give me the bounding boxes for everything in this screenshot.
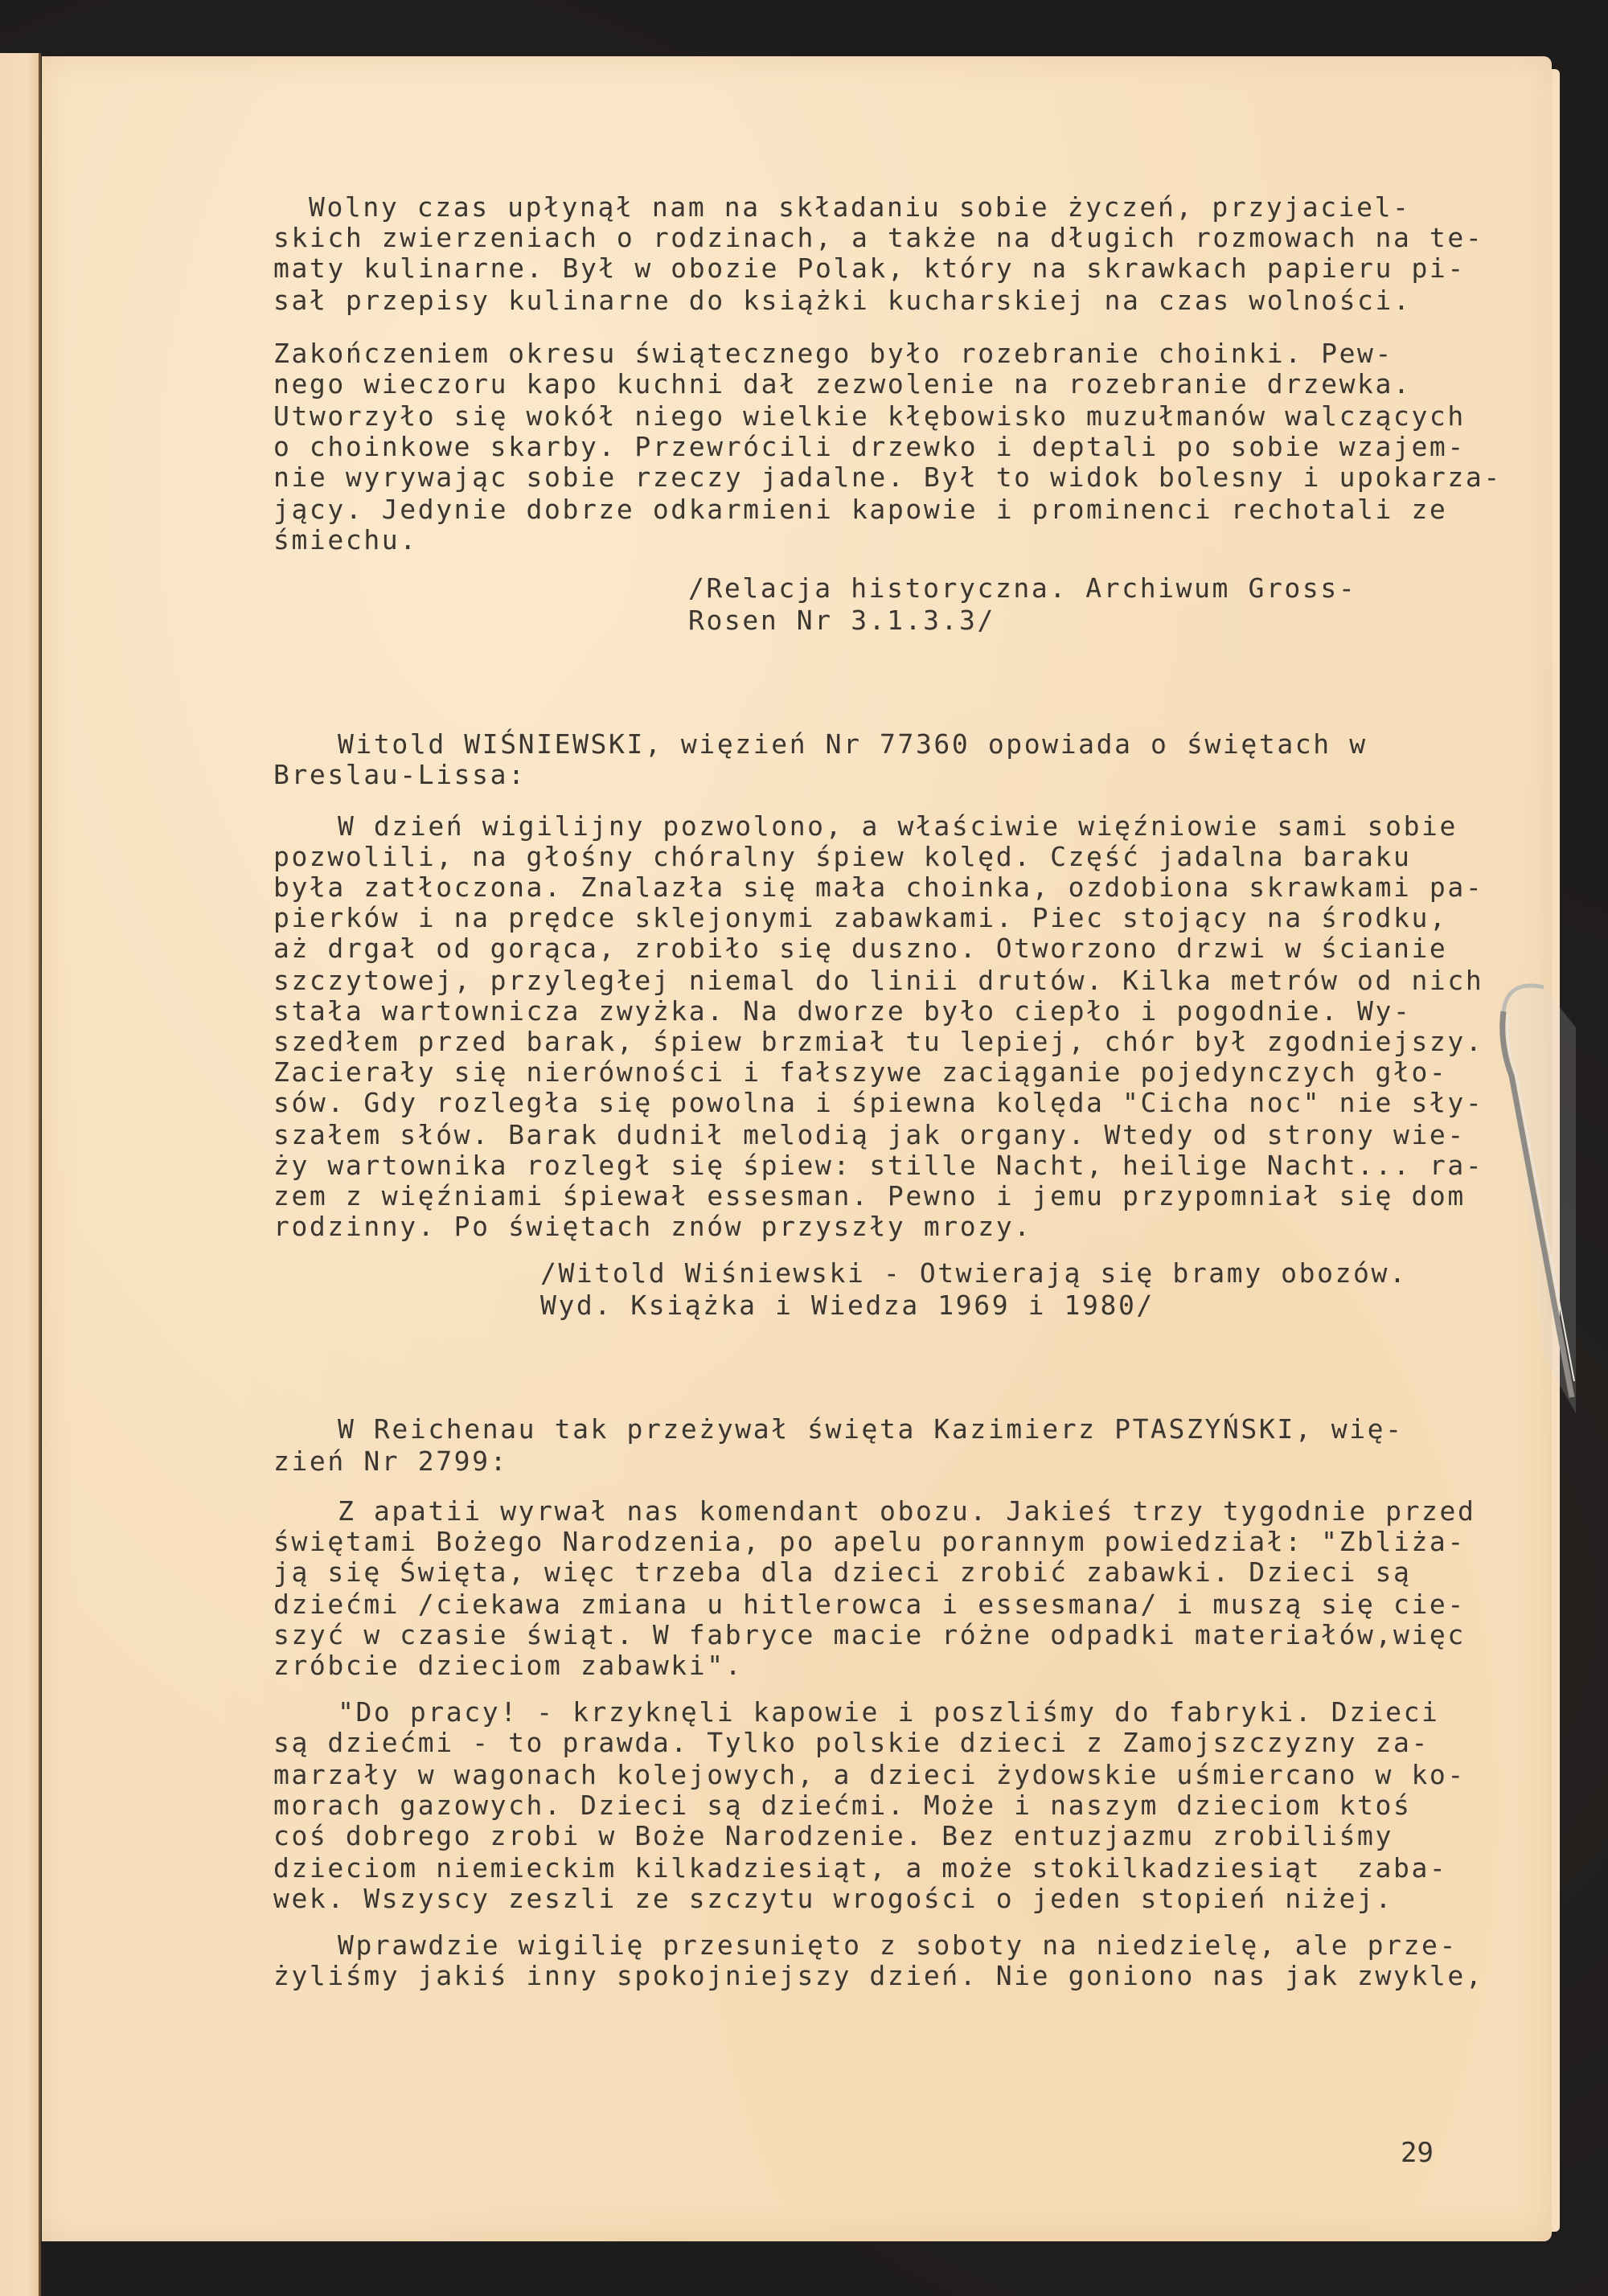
paragraph-line: Zacierały się nierówności i fałszywe zac…: [273, 1056, 1447, 1089]
paragraph-line: wek. Wszyscy zeszli ze szczytu wrogości …: [273, 1883, 1393, 1915]
paragraph-line: Zakończeniem okresu świątecznego było ro…: [273, 338, 1393, 370]
paragraph-line: zem z więźniami śpiewał essesman. Pewno …: [273, 1180, 1466, 1212]
intro-line: Breslau-Lissa:: [273, 759, 527, 791]
paragraph-line: świętami Bożego Narodzenia, po apelu por…: [273, 1526, 1466, 1558]
intro-line: W Reichenau tak przeżywał święta Kazimie…: [338, 1413, 1404, 1445]
document-page: Wolny czas upłynął nam na składaniu sobi…: [42, 56, 1552, 2241]
citation-line: /Relacja historyczna. Archiwum Gross-: [688, 572, 1356, 605]
paragraph-line: pozwolili, na głośny chóralny śpiew kolę…: [273, 841, 1411, 873]
citation-line: /Witold Wiśniewski - Otwierają się bramy…: [540, 1257, 1407, 1289]
page-number: 29: [1401, 2137, 1434, 2169]
paragraph-line: Wolny czas upłynął nam na składaniu sobi…: [309, 191, 1411, 223]
paragraph-line: o choinkowe skarby. Przewrócili drzewko …: [273, 431, 1466, 463]
adjacent-page-edge: [0, 53, 41, 2296]
paragraph-line: ją się Święta, więc trzeba dla dzieci zr…: [273, 1556, 1411, 1589]
paragraph-line: dziećmi /ciekawa zmiana u hitlerowca i e…: [273, 1589, 1466, 1621]
intro-line: Witold WIŚNIEWSKI, więzień Nr 77360 opow…: [338, 728, 1368, 761]
paragraph-line: "Do pracy! - krzyknęli kapowie i poszliś…: [338, 1696, 1440, 1728]
binder-clip-icon: [1487, 979, 1576, 1413]
paragraph-line: sów. Gdy rozległa się powolna i śpiewna …: [273, 1087, 1483, 1119]
intro-line: zień Nr 2799:: [273, 1445, 508, 1478]
paragraph-line: dzieciom niemieckim kilkadziesiąt, a moż…: [273, 1852, 1447, 1884]
paragraph-line: ży wartownika rozległ się śpiew: stille …: [273, 1150, 1483, 1182]
paragraph-line: maty kulinarne. Był w obozie Polak, któr…: [273, 252, 1466, 285]
paragraph-line: szczytowej, przyległej niemal do linii d…: [273, 965, 1483, 997]
paragraph-line: stała wartownicza zwyżka. Na dworze było…: [273, 995, 1411, 1027]
paragraph-line: marzały w wagonach kolejowych, a dzieci …: [273, 1759, 1466, 1791]
paragraph-line: zróbcie dzieciom zabawki".: [273, 1650, 743, 1682]
paragraph-line: Wprawdzie wigilię przesunięto z soboty n…: [338, 1929, 1458, 1962]
paragraph-line: sał przepisy kulinarne do książki kuchar…: [273, 285, 1411, 317]
paragraph-line: coś dobrego zrobi w Boże Narodzenie. Bez…: [273, 1820, 1393, 1852]
paragraph-line: skich zwierzeniach o rodzinach, a także …: [273, 222, 1483, 254]
paragraph-line: żyliśmy jakiś inny spokojniejszy dzień. …: [273, 1960, 1483, 1992]
paragraph-line: jący. Jedynie dobrze odkarmieni kapowie …: [273, 494, 1447, 526]
paragraph-line: W dzień wigilijny pozwolono, a właściwie…: [338, 810, 1458, 843]
paragraph-line: nie wyrywając sobie rzeczy jadalne. Był …: [273, 461, 1502, 494]
paragraph-line: śmiechu.: [273, 524, 418, 556]
citation-line: Wyd. Książka i Wiedza 1969 i 1980/: [540, 1289, 1155, 1322]
paragraph-line: szałem słów. Barak dudnił melodią jak or…: [273, 1119, 1466, 1151]
paragraph-line: szyć w czasie świąt. W fabryce macie róż…: [273, 1619, 1466, 1651]
paragraph-line: są dziećmi - to prawda. Tylko polskie dz…: [273, 1727, 1430, 1759]
paragraph-line: była zatłoczona. Znalazła się mała choin…: [273, 871, 1483, 904]
paragraph-line: rodzinny. Po świętach znów przyszły mroz…: [273, 1211, 1032, 1243]
paragraph-line: pierków i na prędce sklejonymi zabawkami…: [273, 902, 1447, 934]
paragraph-line: Utworzyło się wokół niego wielkie kłębow…: [273, 400, 1466, 433]
paragraph-line: morach gazowych. Dzieci są dziećmi. Może…: [273, 1790, 1411, 1822]
paragraph-line: nego wieczoru kapo kuchni dał zezwolenie…: [273, 368, 1411, 400]
paragraph-line: aż drgał od gorąca, zrobiło się duszno. …: [273, 933, 1447, 965]
citation-line: Rosen Nr 3.1.3.3/: [688, 605, 995, 637]
paragraph-line: Z apatii wyrwał nas komendant obozu. Jak…: [338, 1495, 1475, 1527]
paragraph-line: szedłem przed barak, śpiew brzmiał tu le…: [273, 1026, 1483, 1058]
